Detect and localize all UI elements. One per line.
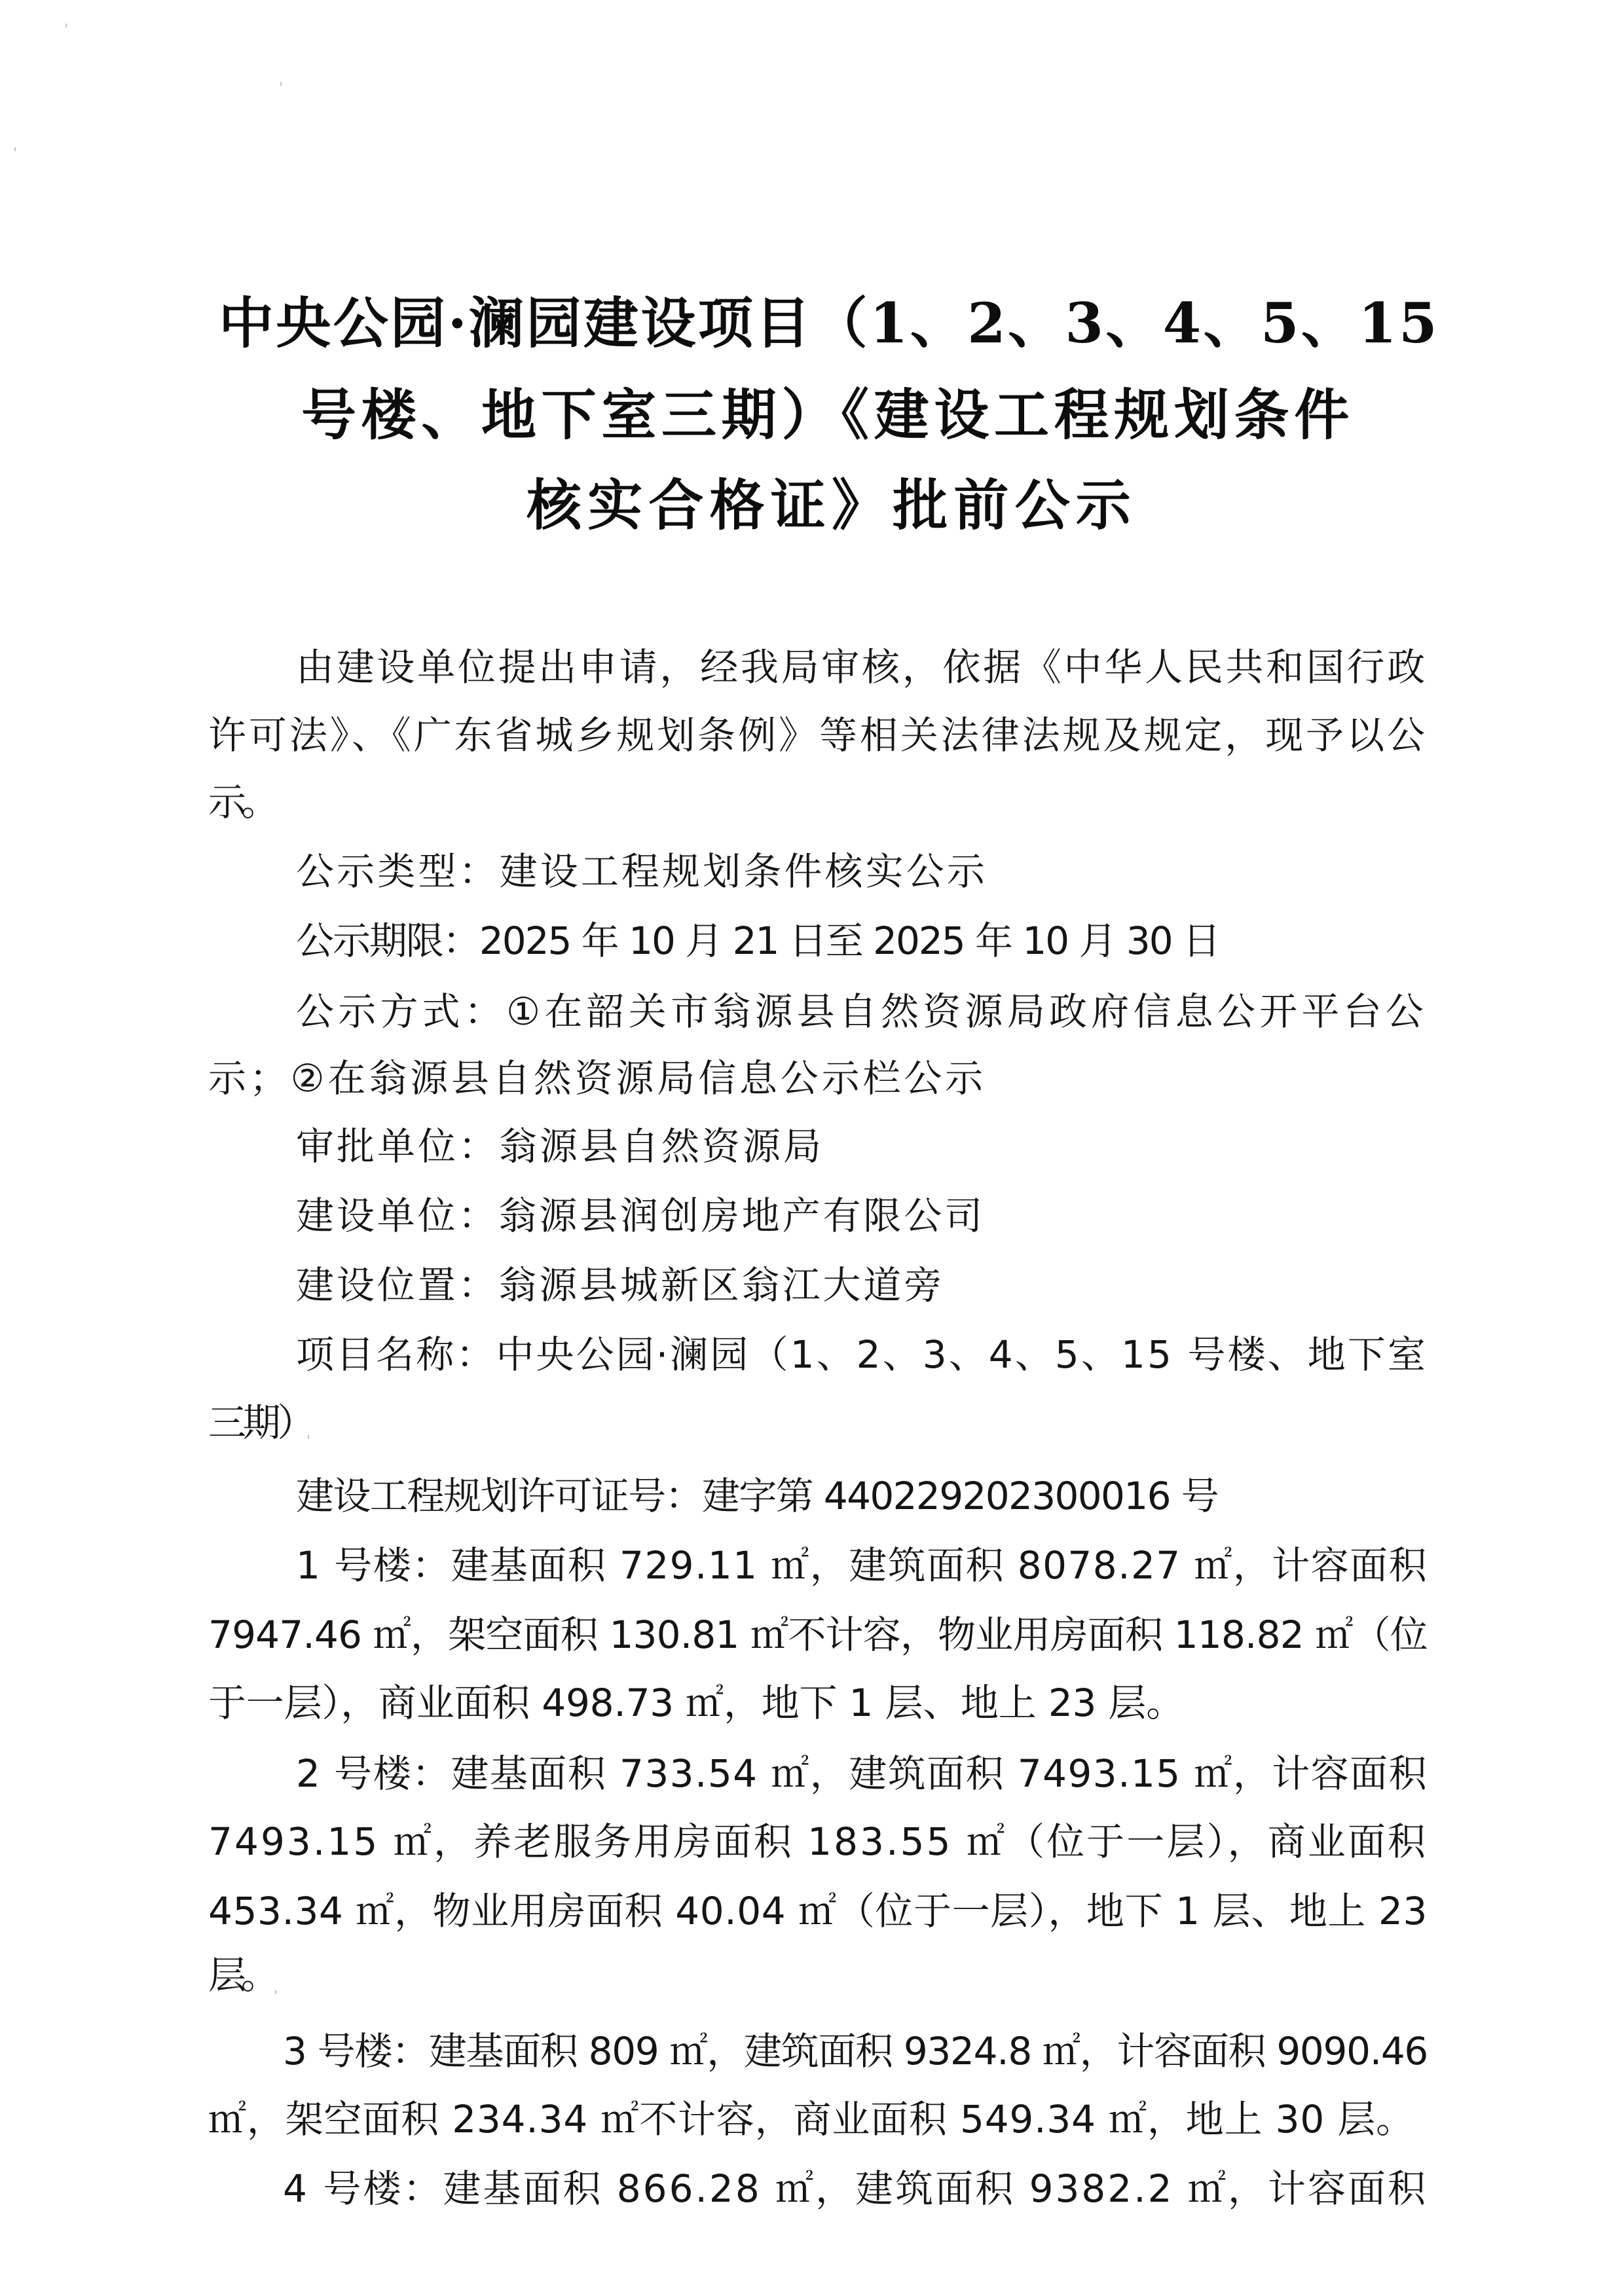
approval-unit: 审批单位：翁源县自然资源局 <box>296 1127 824 1165</box>
notice-method-line-2: 示；②在翁源县自然资源局信息公示栏公示 <box>208 1059 986 1097</box>
building-2-line-3: 453.34 ㎡，物业用房面积 40.04 ㎡（位于一层），地下 1 层、地上 … <box>208 1892 1428 1930</box>
document-title-line-2: 号楼、地下室三期）《建设工程规划条件 <box>301 388 1354 443</box>
notice-period: 公示期限：2025 年 10 月 21 日至 2025 年 10 月 30 日 <box>296 922 1219 960</box>
construction-location: 建设位置：翁源县城新区翁江大道旁 <box>296 1266 944 1304</box>
building-2-line-1: 2 号楼：建基面积 733.54 ㎡，建筑面积 7493.15 ㎡，计容面积 <box>296 1755 1428 1793</box>
building-4-line-1: 4 号楼：建基面积 866.28 ㎡，建筑面积 9382.2 ㎡，计容面积 <box>283 2170 1428 2208</box>
document-page: 中央公园·澜园建设项目（1、2、3、4、5、15 号楼、地下室三期）《建设工程规… <box>0 0 1624 2296</box>
building-3-line-1: 3 号楼：建基面积 809 ㎡，建筑面积 9324.8 ㎡，计容面积 9090.… <box>283 2032 1428 2070</box>
construction-unit: 建设单位：翁源县润创房地产有限公司 <box>296 1197 985 1235</box>
building-2-line-4: 层。 <box>208 1956 274 1994</box>
project-name-line-1: 项目名称：中央公园·澜园（1、2、3、4、5、15 号楼、地下室 <box>296 1336 1428 1374</box>
building-1-line-1: 1 号楼：建基面积 729.11 ㎡，建筑面积 8078.27 ㎡，计容面积 <box>296 1546 1428 1584</box>
building-3-line-2: ㎡，架空面积 234.34 ㎡不计容，商业面积 549.34 ㎡，地上 30 层… <box>208 2100 1414 2138</box>
notice-type: 公示类型：建设工程规划条件核实公示 <box>296 852 987 890</box>
intro-line-2: 许可法》、《广东省城乡规划条例》等相关法律法规及规定，现予以公 <box>208 716 1428 754</box>
scan-speck <box>280 82 282 86</box>
building-1-line-3: 于一层），商业面积 498.73 ㎡，地下 1 层、地上 23 层。 <box>208 1684 1184 1722</box>
scan-speck <box>275 1990 276 1994</box>
document-title-line-3: 核实合格证》批前公示 <box>526 478 1137 533</box>
intro-line-3: 示。 <box>208 783 274 821</box>
scan-speck <box>65 24 67 27</box>
scan-speck <box>1107 955 1108 958</box>
notice-method-line-1: 公示方式：①在韶关市翁源县自然资源局政府信息公开平台公 <box>296 993 1428 1030</box>
intro-line-1: 由建设单位提出申请，经我局审核，依据《中华人民共和国行政 <box>296 648 1428 686</box>
building-1-line-2: 7947.46 ㎡，架空面积 130.81 ㎡不计容，物业用房面积 118.82… <box>208 1616 1428 1654</box>
planning-permit-number: 建设工程规划许可证号：建字第 440229202300016 号 <box>296 1477 1218 1515</box>
building-2-line-2: 7493.15 ㎡，养老服务用房面积 183.55 ㎡（位于一层），商业面积 <box>208 1823 1428 1861</box>
scan-speck <box>308 1435 309 1439</box>
scan-speck <box>14 147 16 151</box>
document-title-line-1: 中央公园·澜园建设项目（1、2、3、4、5、15 <box>219 296 1439 351</box>
project-name-line-2: 三期） <box>208 1404 312 1442</box>
